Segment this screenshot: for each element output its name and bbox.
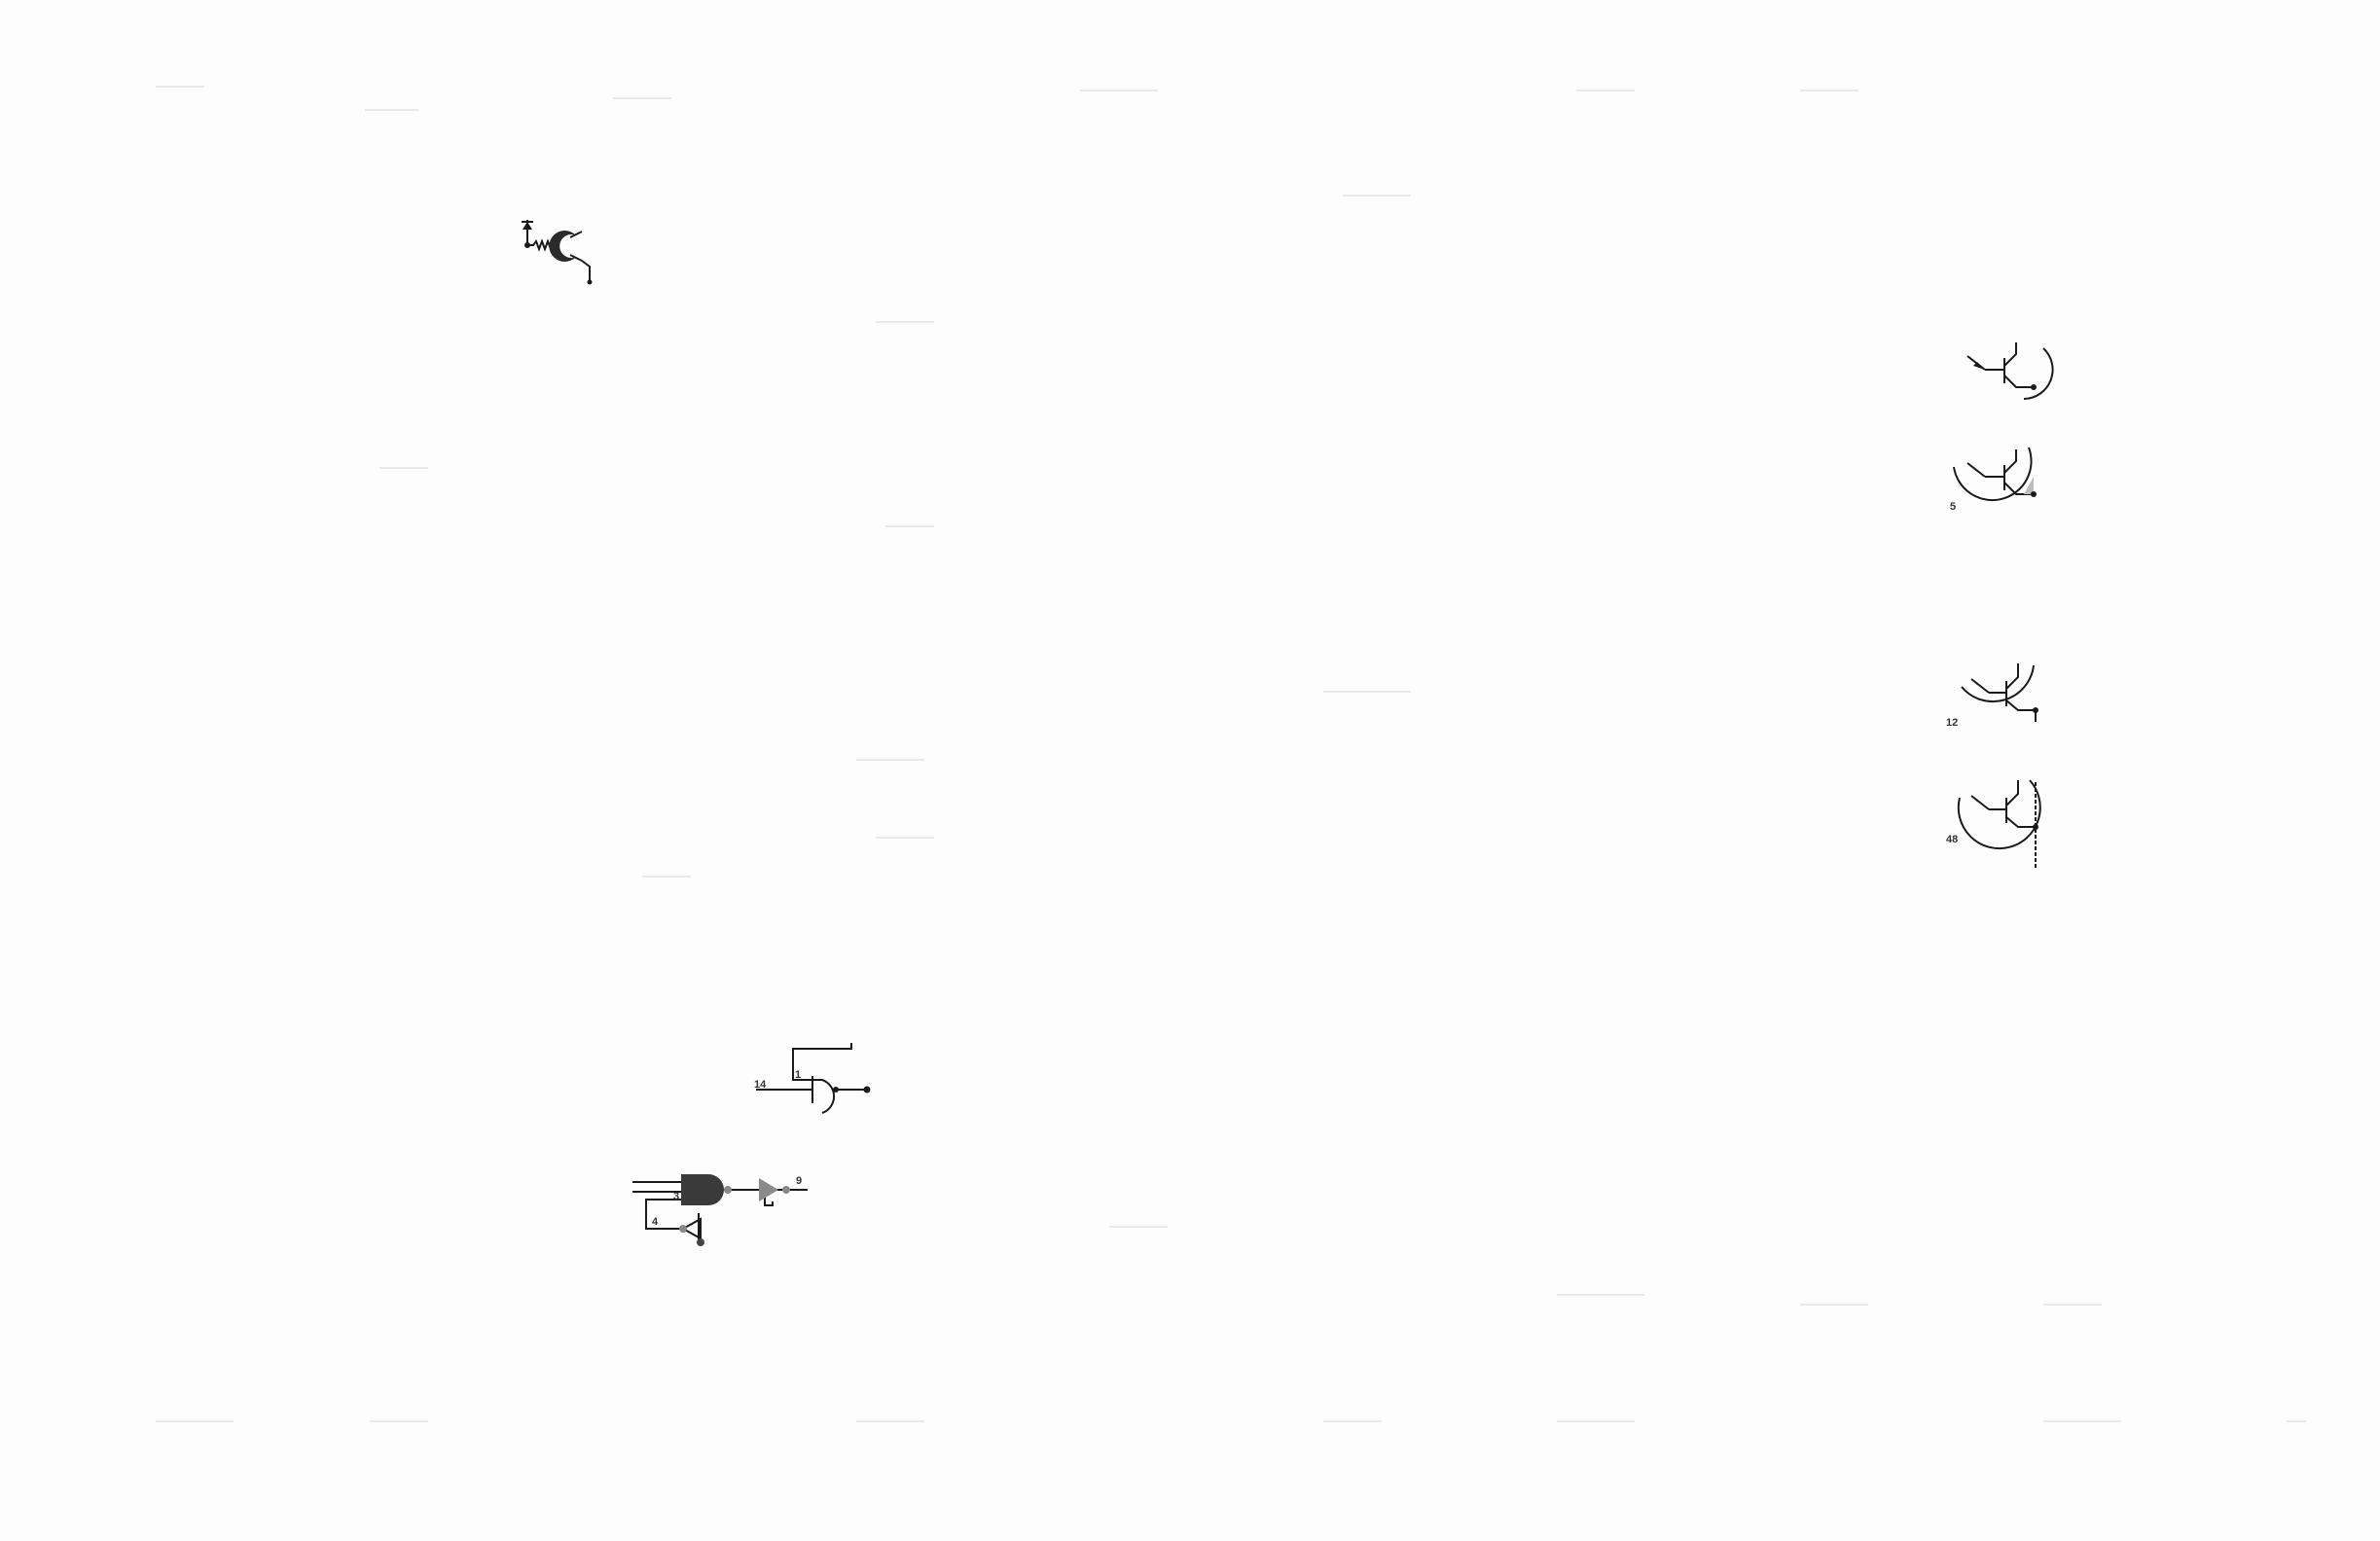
npn-transistor-2: 5 [1946, 448, 2053, 525]
label-text: 9 [796, 1175, 802, 1187]
npn-transistor-4: 48 [1946, 778, 2053, 876]
label-text: 12 [1946, 717, 1958, 729]
npn-transistor-3: 12 [1946, 662, 2053, 739]
label-text: 48 [1946, 834, 1958, 845]
label-text: 3 [673, 1191, 679, 1202]
label-text: 14 [754, 1079, 767, 1091]
and-gate-symbol: 1 14 [754, 1039, 881, 1117]
phototransistor-symbol [516, 214, 613, 287]
schematic-sheet: 5 12 [0, 0, 2380, 1541]
npn-transistor-1 [1956, 340, 2053, 409]
label-text: 4 [652, 1216, 659, 1228]
label-text: 1 [795, 1069, 801, 1081]
nand-body-icon [681, 1174, 724, 1205]
nand-buffer-symbol: 4 3 9 [632, 1172, 827, 1260]
label-text: 5 [1950, 501, 1956, 513]
buffer-icon [759, 1178, 778, 1201]
diode-icon [523, 222, 532, 230]
transistor-body-icon [549, 231, 576, 262]
